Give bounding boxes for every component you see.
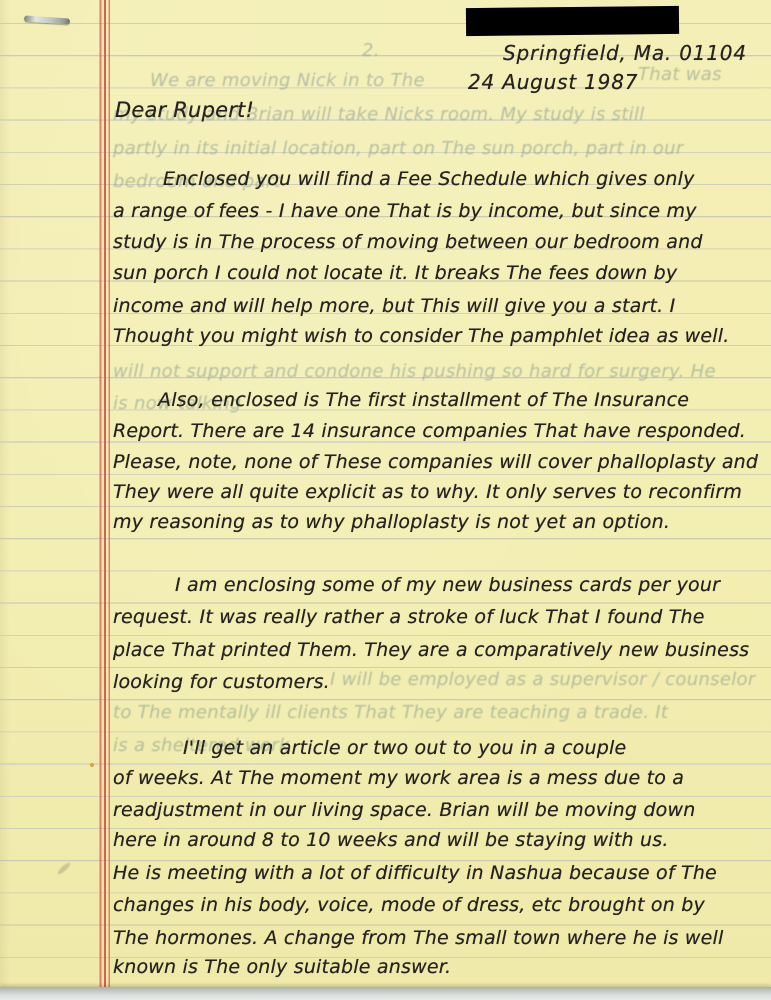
letter-line: income and will help more, but This will… [113, 295, 675, 317]
salutation: Dear Rupert! [115, 98, 254, 122]
letter-line: He is meeting with a lot of difficulty i… [113, 862, 717, 884]
letter-line: study is in The process of moving betwee… [113, 231, 703, 253]
date-line: 24 August 1987 [468, 70, 638, 94]
letter-line: Report. There are 14 insurance companies… [113, 420, 746, 442]
red-margin-line [99, 0, 113, 988]
letter-line: readjustment in our living space. Brian … [113, 799, 695, 821]
letter-line: They were all quite explicit as to why. … [113, 481, 742, 503]
letter-page: 2. We are moving Nick in to The That was… [0, 0, 771, 1000]
letter-line: my reasoning as to why phalloplasty is n… [113, 511, 670, 533]
letter-line: a range of fees - I have one That is by … [113, 200, 697, 222]
ghost-line: We are moving Nick in to The [150, 70, 425, 91]
letter-line: known is The only suitable answer. [113, 956, 451, 978]
letter-line: Please, note, none of These companies wi… [113, 451, 758, 473]
letter-line: sun porch I could not locate it. It brea… [113, 262, 677, 284]
staple [24, 15, 70, 24]
ghost-line: I will be employed as a supervisor / cou… [330, 669, 756, 690]
ghost-line: will not support and condone his pushing… [113, 361, 716, 382]
letter-line: I'll get an article or two out to you in… [183, 737, 626, 759]
letter-line: looking for customers. [113, 671, 330, 693]
redaction-bar [466, 6, 679, 36]
ghost-line: That was [638, 64, 722, 85]
letter-line: request. It was really rather a stroke o… [113, 606, 705, 628]
ghost-line: to The mentally ill clients That They ar… [113, 702, 668, 723]
letter-line: Thought you might wish to consider The p… [113, 325, 730, 347]
letter-line: changes in his body, voice, mode of dres… [113, 894, 705, 916]
ink-dot [90, 763, 94, 767]
letter-line: The hormones. A change from The small to… [113, 927, 723, 949]
scan-edge-bottom [0, 987, 771, 1000]
pencil-smudge [56, 861, 71, 875]
letter-line: here in around 8 to 10 weeks and will be… [113, 829, 669, 851]
letter-line: of weeks. At The moment my work area is … [113, 767, 684, 789]
letter-line: I am enclosing some of my new business c… [175, 574, 720, 596]
address-line: Springfield, Ma. 01104 [503, 41, 747, 65]
letter-line: place That printed Them. They are a comp… [113, 639, 749, 661]
ghost-line: partly in its initial location, part on … [113, 138, 684, 159]
letter-line: Also, enclosed is The first installment … [158, 389, 689, 411]
ghost-page-number: 2. [362, 40, 380, 61]
letter-line: Enclosed you will find a Fee Schedule wh… [163, 168, 695, 190]
